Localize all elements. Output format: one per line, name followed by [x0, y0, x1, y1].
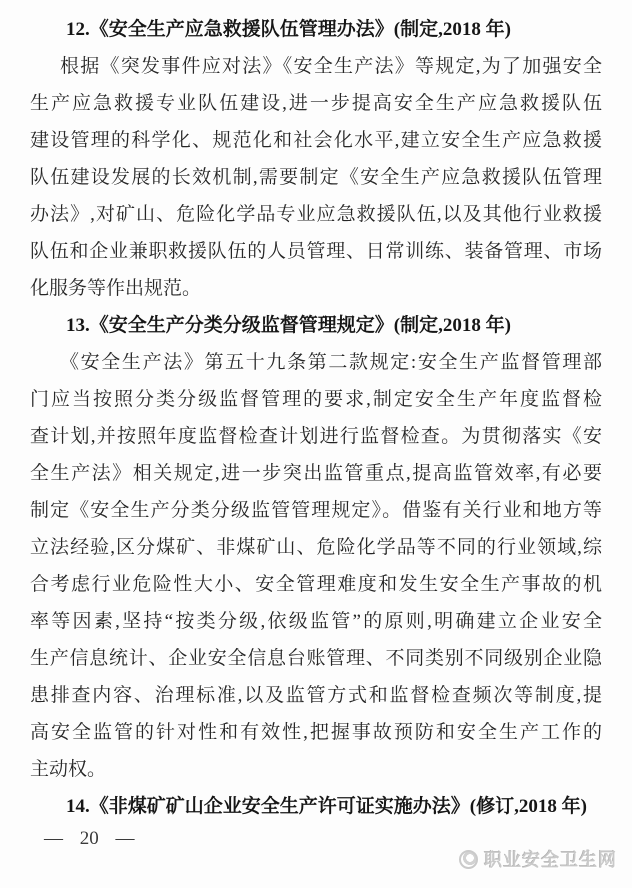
text-line: 建设管理的科学化、规范化和社会化水平,建立安全生产应急救援: [30, 122, 602, 159]
watermark: 职业安全卫生网: [459, 846, 617, 872]
text-line: 化服务等作出规范。: [30, 270, 602, 307]
text-line: 查计划,并按照年度监督检查计划进行监督检查。为贯彻落实《安: [30, 418, 602, 455]
text-line: 立法经验,区分煤矿、非煤矿山、危险化学品等不同的行业领域,综: [30, 529, 602, 566]
page-number: — 20 —: [44, 827, 135, 851]
section-heading-13: 13.《安全生产分类分级监督管理规定》(制定,2018 年): [30, 307, 602, 344]
text-line: 全生产法》相关规定,进一步突出监管重点,提高监管效率,有必要: [30, 455, 602, 492]
text-line: 率等因素,坚持“按类分级,依级监管”的原则,明确建立企业安全: [30, 603, 602, 640]
text-line: 高安全监管的针对性和有效性,把握事故预防和安全生产工作的: [30, 714, 602, 751]
text-line: 队伍建设发展的长效机制,需要制定《安全生产应急救援队伍管理: [30, 159, 602, 196]
text-line: 主动权。: [30, 751, 602, 788]
text-line: 患排查内容、治理标准,以及监管方式和监督检查频次等制度,提: [30, 677, 602, 714]
text-line: 门应当按照分类分级监督管理的要求,制定安全生产年度监督检: [30, 381, 602, 418]
text-line: 生产应急救援专业队伍建设,进一步提高安全生产应急救援队伍: [30, 85, 602, 122]
text-line: 合考虑行业危险性大小、安全管理难度和发生安全生产事故的机: [30, 566, 602, 603]
text-line: 根据《突发事件应对法》《安全生产法》等规定,为了加强安全: [30, 48, 602, 85]
document-text-block: 12.《安全生产应急救援队伍管理办法》(制定,2018 年) 根据《突发事件应对…: [30, 11, 602, 825]
watermark-logo-icon: [459, 850, 478, 869]
section-heading-14: 14.《非煤矿矿山企业安全生产许可证实施办法》(修订,2018 年): [30, 788, 602, 825]
text-line: 办法》,对矿山、危险化学品专业应急救援队伍,以及其他行业救援: [30, 196, 602, 233]
text-line: 制定《安全生产分类分级监管管理规定》。借鉴有关行业和地方等: [30, 492, 602, 529]
text-line: 《安全生产法》第五十九条第二款规定:安全生产监督管理部: [30, 344, 602, 381]
scanned-document-page: 12.《安全生产应急救援队伍管理办法》(制定,2018 年) 根据《突发事件应对…: [0, 0, 632, 888]
text-line: 生产信息统计、企业安全信息台账管理、不同类别不同级别企业隐: [30, 640, 602, 677]
section-heading-12: 12.《安全生产应急救援队伍管理办法》(制定,2018 年): [30, 11, 602, 48]
text-line: 队伍和企业兼职救援队伍的人员管理、日常训练、装备管理、市场: [30, 233, 602, 270]
watermark-text: 职业安全卫生网: [484, 846, 617, 872]
